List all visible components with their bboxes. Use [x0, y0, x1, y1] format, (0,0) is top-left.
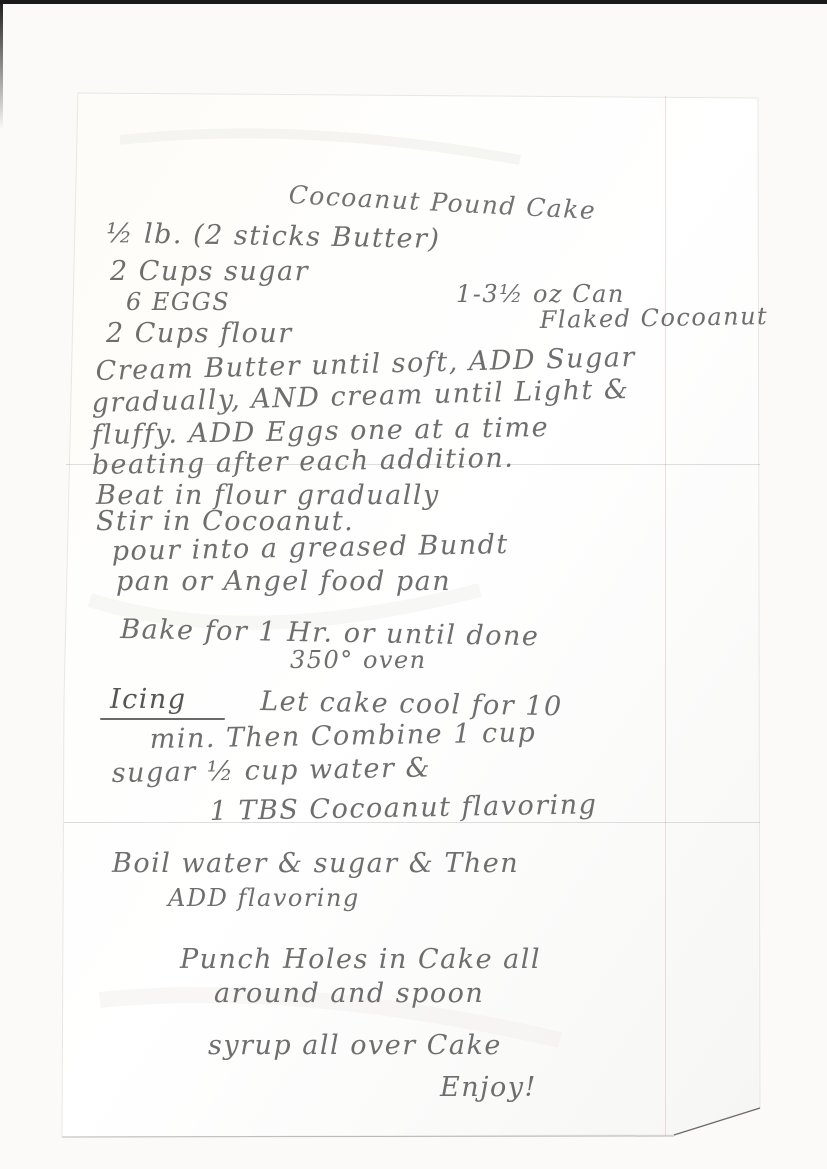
icing-line: syrup all over Cake — [208, 1030, 502, 1061]
closing-enjoy: Enjoy! — [440, 1072, 537, 1103]
icing-line: around and spoon — [214, 978, 484, 1009]
icing-line: ADD flavoring — [168, 884, 360, 912]
ingredient-butter: ½ lb. (2 sticks Butter) — [106, 218, 441, 255]
ingredient-coconut-can: 1-3½ oz Can — [456, 280, 625, 308]
direction-oven-temp: 350° oven — [290, 646, 427, 674]
direction-line: pan or Angel food pan — [116, 566, 451, 597]
icing-line: sugar ½ cup water & — [111, 752, 431, 789]
ingredient-sugar: 2 Cups sugar — [110, 256, 309, 287]
recipe-paper-sheet: Cocoanut Pound Cake ½ lb. (2 sticks Butt… — [0, 0, 827, 1169]
icing-line: Boil water & sugar & Then — [112, 848, 519, 879]
scanned-page: Cocoanut Pound Cake ½ lb. (2 sticks Butt… — [0, 0, 827, 1169]
icing-heading-underline — [100, 718, 225, 720]
ruled-margin-line — [665, 96, 666, 1136]
ingredient-flaked-coconut: Flaked Cocoanut — [540, 302, 769, 334]
icing-heading: Icing — [110, 684, 187, 715]
ingredient-eggs: 6 EGGS — [126, 288, 230, 316]
ingredient-flour: 2 Cups flour — [106, 318, 293, 349]
icing-line: Punch Holes in Cake all — [180, 944, 541, 975]
